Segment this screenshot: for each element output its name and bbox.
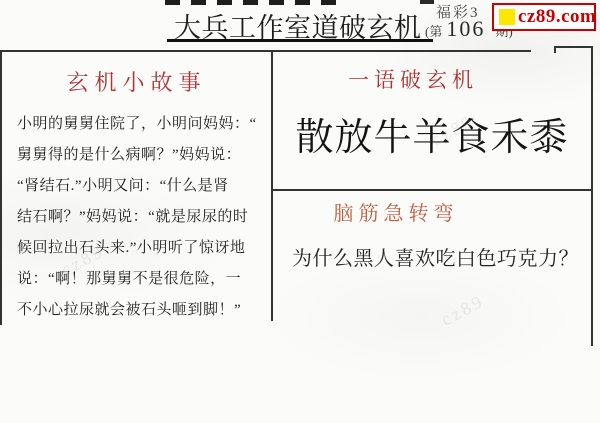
story-line: 不小心拉尿就会被石头咂到脚！”: [17, 295, 269, 326]
story-line: “肾结石.”小明又问：“什么是肾: [17, 171, 269, 202]
frame-top-border: [0, 50, 531, 52]
story-line: 说：“啊！那舅舅不是很危险，一: [17, 264, 269, 295]
logo-text: cz89.com: [518, 6, 596, 28]
story-text: 小明的舅舅住院了，小明问妈妈：“ 舅舅得的是什么病啊？”妈妈说： “肾结石.”小…: [17, 109, 269, 326]
frame-row-divider: [271, 189, 593, 191]
riddle-panel-title: 脑筋急转弯: [237, 197, 555, 226]
frame-top-right-border: [554, 46, 593, 48]
logo-square-icon: [499, 9, 515, 25]
hint-panel-title: 一语破玄机: [254, 64, 572, 94]
story-line: 结石啊？”妈妈说：“就是尿尿的时: [17, 202, 269, 233]
story-line: 候回拉出石头来.”小明听了惊讶地: [17, 233, 269, 264]
frame-right-border: [591, 46, 593, 346]
issue-number: 106: [442, 16, 489, 42]
cropped-header-text-fragment: [420, 0, 434, 4]
title-underline: [167, 39, 433, 42]
cropped-header-text: [165, 0, 347, 5]
story-line: 舅舅得的是什么病啊？”妈妈说：: [17, 140, 269, 171]
frame-notch: [554, 46, 556, 53]
riddle-question: 为什么黑人喜欢吃白色巧克力？: [292, 242, 579, 271]
story-panel-title: 玄机小故事: [2, 66, 271, 97]
issue-open-bracket: (第: [425, 21, 442, 40]
site-logo: cz89.com: [492, 3, 596, 31]
story-line: 小明的舅舅住院了，小明问妈妈：“: [17, 109, 269, 140]
hint-phrase: 散放牛羊食禾黍: [273, 106, 591, 161]
scan-watermark: cz89: [438, 290, 488, 330]
